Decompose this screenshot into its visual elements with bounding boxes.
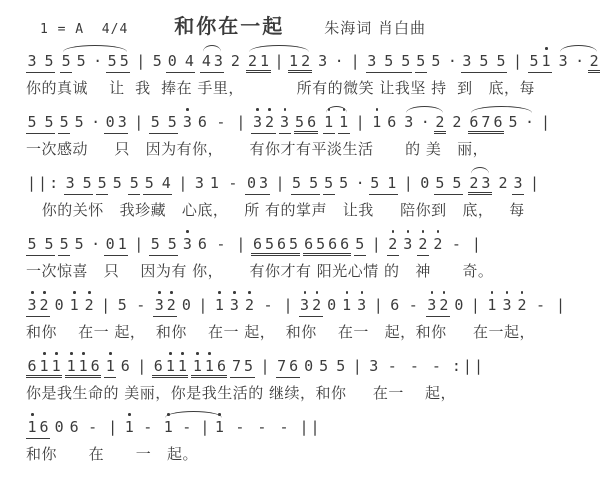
duration-dash: - (228, 175, 237, 192)
note-part: - (230, 419, 249, 438)
note-part: 1 (371, 114, 383, 133)
note-part: 3 (181, 236, 193, 255)
note-part: 1 (208, 175, 220, 194)
augmentation-dot: · (421, 114, 430, 131)
note-group: | (177, 166, 188, 194)
note-part: | (136, 358, 147, 377)
note-part: 5· (73, 236, 101, 255)
beam-group: 23 (468, 175, 492, 195)
note: 3 (481, 175, 490, 192)
note: 5 (60, 114, 69, 131)
note: 2 (167, 297, 176, 314)
note: 5 (145, 175, 154, 192)
note-group: 31-03 (193, 166, 269, 195)
note: 3 (462, 53, 471, 70)
barline: | (472, 236, 481, 253)
barline: : (452, 358, 461, 375)
beam-group: 5 (128, 175, 140, 195)
note: 6 (217, 358, 226, 375)
barline: | (471, 297, 480, 314)
note-part: | (274, 53, 285, 72)
note-group: 32013 (299, 288, 368, 317)
note: 5 (75, 236, 84, 253)
note-group: | (283, 288, 294, 316)
note: 5 (289, 236, 298, 253)
beam-group: 1 (323, 114, 335, 134)
note-part: | (235, 114, 246, 133)
beam-group: 1 (104, 358, 116, 378)
note-group: 61111675 (152, 349, 254, 378)
beam-group: 2 (387, 236, 399, 256)
note: 7 (481, 114, 490, 131)
note: 6 (493, 114, 502, 131)
duration-dash: - (216, 114, 225, 131)
note-part: 2 (451, 114, 463, 133)
beam-group: 32 (26, 297, 50, 317)
note: 5 (151, 114, 160, 131)
note: 5 (62, 53, 71, 70)
note: 5 (530, 53, 539, 70)
note-part: 6 (196, 114, 208, 133)
note-group: | (100, 288, 111, 316)
duration-dash: - (263, 297, 272, 314)
beam-group: 5 (60, 53, 72, 73)
note-group: 6-320 (389, 288, 465, 317)
note-group: | (373, 288, 384, 316)
note: 1 (372, 114, 381, 131)
note-part: | (135, 53, 146, 72)
note-part: 6 (386, 114, 398, 133)
note: 1 (70, 297, 79, 314)
note: 1 (164, 419, 173, 436)
note-part: | (133, 114, 144, 133)
note: 1 (52, 358, 61, 375)
note: 5 (508, 114, 517, 131)
barline: | (474, 358, 483, 375)
note-group: | (136, 349, 147, 377)
lyrics-line-13: 和你 在 一 起。 (26, 443, 597, 468)
beam-group: 676 (468, 114, 504, 134)
beam-group: 21 (246, 53, 270, 73)
note: 5 (120, 53, 129, 70)
note: 2 (40, 297, 49, 314)
beam-group: 03 (104, 114, 128, 134)
note: 2 (248, 53, 257, 70)
note: 3 (155, 297, 164, 314)
note-part: - (177, 419, 196, 438)
note-part: 1 (123, 419, 135, 438)
lyrics-line-11: 你是我生命的 美丽，你是我生活的 继续，和你 在一 起， (26, 382, 597, 407)
beam-group: 355 (366, 53, 412, 73)
note-part: 6 (119, 358, 131, 377)
note: 1 (67, 358, 76, 375)
note-part: 2 (243, 297, 255, 316)
note-part: - (211, 114, 230, 133)
duration-dash: - (216, 236, 225, 253)
note-group: | (135, 44, 146, 72)
note: 3 (367, 53, 376, 70)
lyrics-line-5: 你的关怀 我珍藏 心底， 所 有的掌声 让我 陪你到 底， 每 (26, 199, 597, 224)
rest-note: 0 (168, 53, 177, 70)
note: 5 (45, 236, 54, 253)
note: 5 (60, 236, 69, 253)
note-part: 0 (53, 419, 65, 438)
beam-group: 5 (323, 175, 335, 195)
note: 6 (328, 236, 337, 253)
note: 3 (369, 358, 378, 375)
note: 2 (265, 114, 274, 131)
note-group: 504 (151, 44, 195, 73)
note: 3 (28, 297, 37, 314)
note-group: | (471, 227, 482, 255)
beam-group: 35 (64, 175, 93, 195)
note: 2 (469, 175, 478, 192)
note: 2 (231, 53, 240, 70)
note-part: - (531, 297, 550, 316)
barline: | (351, 53, 360, 70)
note: 1 (40, 358, 49, 375)
note-part: | (529, 175, 540, 194)
note: 3 (300, 297, 309, 314)
note-part: 3 (181, 114, 193, 133)
note-group: 5555·51 (291, 166, 398, 195)
note-group: 6765· (468, 105, 535, 134)
note-group: 3· (317, 44, 345, 72)
note-group: 2322- (387, 227, 466, 256)
beam-group: 55 (26, 114, 55, 134)
note-part: 1 (68, 297, 80, 316)
note-part: | (350, 53, 361, 72)
barline: : (49, 175, 58, 192)
note: 2 (435, 114, 444, 131)
augmentation-dot: · (91, 236, 100, 253)
beam-group: 611 (152, 358, 188, 378)
tie-arc (249, 45, 308, 52)
note-part: | (177, 175, 188, 194)
barline: | (356, 114, 365, 131)
beam-group: 03 (245, 175, 269, 195)
note-part: 5 (116, 297, 128, 316)
note-part: | (133, 236, 144, 255)
beam-group: 75 (230, 358, 254, 378)
note: 3 (214, 53, 223, 70)
note-group: 61111616 (26, 349, 131, 378)
note-group: | (235, 227, 246, 255)
note-part: 2 (229, 53, 241, 72)
beam-group: 54 (143, 175, 172, 195)
note-group: | (350, 44, 361, 72)
note: 5 (452, 175, 461, 192)
note-part: - (223, 175, 242, 194)
note-part: ||: (26, 175, 59, 194)
beam-group: 56 (294, 114, 318, 134)
note: 7 (277, 358, 286, 375)
duration-dash: - (235, 419, 244, 436)
beam-group: 32 (299, 297, 323, 317)
rest-note: 0 (454, 297, 463, 314)
beam-group: 51 (369, 175, 398, 195)
note: 3 (28, 53, 37, 70)
note: 1 (487, 297, 496, 314)
tie-arc (63, 45, 127, 52)
note: 1 (339, 114, 348, 131)
augmentation-dot: · (575, 53, 584, 70)
note: 2 (245, 297, 254, 314)
note-part: 3 (193, 175, 205, 194)
note-part: :|| (451, 358, 484, 377)
note-group: | (355, 105, 366, 133)
note-part: | (283, 297, 294, 316)
note-part: | (512, 53, 523, 72)
beam-group: 116 (65, 358, 101, 378)
rest-note: 0 (106, 114, 115, 131)
note: 1 (79, 358, 88, 375)
note: 1 (210, 175, 219, 192)
duration-dash: - (257, 419, 266, 436)
note-part: 0 (419, 175, 431, 194)
note-part: 5· (507, 114, 535, 133)
duration-dash: - (452, 236, 461, 253)
note: 1 (324, 114, 333, 131)
note: 4 (185, 53, 194, 70)
rest-note: 0 (106, 236, 115, 253)
note: 2 (517, 297, 526, 314)
note: 3 (230, 297, 239, 314)
note-part: 3· (557, 53, 585, 72)
note: 3 (195, 175, 204, 192)
rest-note: 0 (247, 175, 256, 192)
duration-dash: - (410, 358, 419, 375)
barline: | (108, 419, 117, 436)
note-part: - (427, 358, 446, 377)
note-group: 23 (468, 166, 492, 195)
music-line-12: 1606-|1-1-|1---|| (26, 410, 597, 443)
beam-group: 16 (26, 419, 50, 439)
note: 5 (295, 114, 304, 131)
note-group: 16 (371, 105, 398, 133)
note-part: | (555, 297, 566, 316)
note-part: 0 (326, 297, 338, 316)
barline: | (27, 175, 36, 192)
note: 2 (301, 53, 310, 70)
beam-group: 5 (354, 236, 366, 256)
note-group: | (529, 166, 540, 194)
beam-group: 5 (58, 236, 70, 256)
note-part: | (100, 297, 111, 316)
beam-group: 55 (291, 175, 320, 195)
note-part: 5· (430, 53, 458, 72)
note: 3 (404, 114, 413, 131)
beam-group: 55 (149, 236, 178, 256)
augmentation-dot: · (448, 53, 457, 70)
note-part: - (138, 419, 157, 438)
note-group: ||: (26, 166, 59, 194)
note: 2 (312, 297, 321, 314)
note-group: | (540, 105, 551, 133)
note: 6 (154, 358, 163, 375)
note-group: 32356 (251, 105, 317, 134)
note-group: 43 (200, 44, 224, 73)
note-part: 5· (75, 53, 103, 72)
note-group: 2 (229, 44, 241, 72)
note-group: | (470, 288, 481, 316)
note-group: 5536- (149, 227, 230, 256)
lyrics-line-7: 一次惊喜 只 因为有 你， 有你才有 阳光心情 的 神 奇。 (26, 260, 597, 285)
note: 1 (118, 236, 127, 253)
note: 7 (232, 358, 241, 375)
note: 1 (28, 419, 37, 436)
duration-dash: - (143, 419, 152, 436)
note-part: 2 (83, 297, 95, 316)
beam-group: 01 (104, 236, 128, 256)
beam-group: 6565 (251, 236, 299, 256)
note-part: 6 (196, 236, 208, 255)
barline: | (404, 175, 413, 192)
note-part: 6 (389, 297, 401, 316)
note: 6 (198, 236, 207, 253)
note: 5 (77, 53, 86, 70)
beam-group: 55 (434, 175, 463, 195)
note-part: 5 (151, 53, 163, 72)
note: 3 (183, 236, 192, 253)
note: 3 (318, 53, 327, 70)
barline: | (198, 297, 207, 314)
barline: | (134, 114, 143, 131)
note: 5 (153, 53, 162, 70)
note: 1 (125, 419, 134, 436)
beam-group: 116 (191, 358, 227, 378)
beam-group: 6566 (303, 236, 351, 256)
note-part: 2 (497, 175, 509, 194)
barline: | (38, 175, 47, 192)
barline: | (261, 358, 270, 375)
beam-group: 5 (58, 114, 70, 134)
note: 2 (433, 236, 442, 253)
note: 2 (498, 175, 507, 192)
note-group: | (133, 227, 144, 255)
note: 3 (357, 297, 366, 314)
note-group: 132- (486, 288, 550, 316)
note: 6 (40, 419, 49, 436)
augmentation-dot: · (91, 114, 100, 131)
note: 1 (542, 53, 551, 70)
key-time-signature: 1 = A 4/4 (40, 22, 128, 37)
note-part: | (352, 358, 363, 377)
note-group: 76055 (276, 349, 347, 378)
barline: | (530, 175, 539, 192)
note: 5 (28, 114, 37, 131)
note: 1 (289, 53, 298, 70)
note-part: - (211, 236, 230, 255)
barline: | (463, 358, 472, 375)
note-part: 3· (317, 53, 345, 72)
note: 5 (355, 236, 364, 253)
note-group: | (403, 166, 414, 194)
barline: | (299, 419, 308, 436)
note: 4 (202, 53, 211, 70)
duration-dash: - (409, 297, 418, 314)
barline: | (541, 114, 550, 131)
barline: | (236, 114, 245, 131)
note-part: - (131, 297, 150, 316)
note-part: 0 (180, 297, 192, 316)
note-group: 5536- (149, 105, 230, 134)
barline: | (372, 236, 381, 253)
rest-note: 0 (182, 297, 191, 314)
note: 3 (427, 297, 436, 314)
duration-dash: - (279, 419, 288, 436)
note-group: | (197, 288, 208, 316)
note: 5 (435, 175, 444, 192)
note-part: - (405, 358, 424, 377)
note-part: | (540, 114, 551, 133)
tie-arc (560, 45, 597, 52)
note-part: 3· (403, 114, 431, 133)
note: 5 (45, 53, 54, 70)
beam-group: 55 (149, 114, 178, 134)
note-group: :|| (451, 349, 484, 377)
note-part: | (371, 236, 382, 255)
note-group: | (555, 288, 566, 316)
note: 5 (479, 53, 488, 70)
note: 6 (289, 358, 298, 375)
note: 6 (387, 114, 396, 131)
note: 3 (259, 175, 268, 192)
note: 5 (309, 175, 318, 192)
song-title: 和你在一起 (174, 10, 284, 39)
note-group: 32012 (26, 288, 95, 317)
note-part: 1 (341, 297, 353, 316)
note-group: 11 (323, 105, 350, 134)
note-part: 6 (68, 419, 80, 438)
note: 2 (388, 236, 397, 253)
note-part: | (260, 358, 271, 377)
note: 5 (431, 53, 440, 70)
note-group: 55·55 (60, 44, 130, 73)
augmentation-dot: · (525, 114, 534, 131)
music-line-10: 61111616|61111675|76055|3---:|| (26, 349, 597, 382)
note-group: 1- (123, 410, 157, 438)
augmentation-dot: · (93, 53, 102, 70)
note-part: | (470, 297, 481, 316)
lyrics-line-1: 你的真诚 让 我 捧在 手里， 所有的微笑 让我坚 持 到 底，每 (26, 77, 597, 102)
music-line-0: 3555·55|50443221|123·|35555·355|513·22·3… (26, 44, 597, 77)
note: 5 (168, 236, 177, 253)
note: 3 (513, 175, 522, 192)
note: 6 (198, 114, 207, 131)
note-part: | (197, 297, 208, 316)
note: 5 (339, 175, 348, 192)
note-part: 1 (213, 419, 225, 438)
score: 3555·55|50443221|123·|35555·355|513·22·3… (26, 44, 597, 468)
barline: | (284, 297, 293, 314)
beam-group: 04 (166, 53, 195, 73)
beam-group: 1 (338, 114, 350, 134)
note: 5 (316, 236, 325, 253)
barline: | (101, 297, 110, 314)
note: 6 (91, 358, 100, 375)
note: 5 (384, 53, 393, 70)
note-group: || (298, 410, 320, 438)
note-group: 3·2 (557, 44, 600, 73)
barline: | (134, 236, 143, 253)
barline: | (556, 297, 565, 314)
note: 5 (336, 358, 345, 375)
rest-note: 0 (327, 297, 336, 314)
note-group: 055 (419, 166, 463, 195)
note-part: 2 (432, 236, 444, 255)
note-part: | (471, 236, 482, 255)
